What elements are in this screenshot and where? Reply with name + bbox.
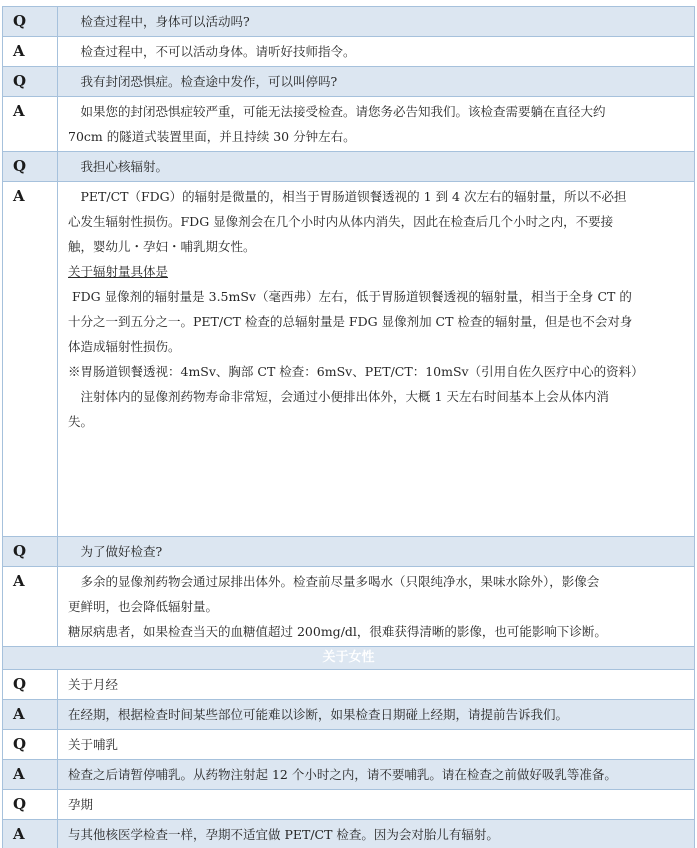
question-label: Q — [3, 7, 58, 37]
question-content: 我担心核辐射。 — [58, 152, 695, 182]
question-label: Q — [3, 67, 58, 97]
question-label: Q — [3, 790, 58, 820]
question-content: 检查过程中，身体可以活动吗? — [58, 7, 695, 37]
answer-label: A — [3, 37, 58, 67]
answer-content: 在经期，根据检查时间某些部位可能难以诊断，如果检查日期碰上经期，请提前告诉我们。 — [58, 700, 695, 730]
question-label: Q — [3, 537, 58, 567]
question-content: 关于哺乳 — [58, 730, 695, 760]
text-line: 我有封闭恐惧症。检查途中发作，可以叫停吗? — [68, 69, 686, 94]
text-line: ※胃肠道钡餐透视：4mSv、胸部 CT 检查：6mSv、PET/CT：10mSv… — [68, 359, 686, 384]
section-header-row: 关于女性 — [3, 647, 695, 670]
text-line: 我担心核辐射。 — [68, 154, 686, 179]
text-line: 检查过程中，不可以活动身体。请听好技师指令。 — [68, 39, 686, 64]
text-line: 孕期 — [68, 792, 686, 817]
answer-content: 如果您的封闭恐惧症较严重，可能无法接受检查。请您务必告知我们。该检查需要躺在直径… — [58, 97, 695, 152]
text-line: 注射体内的显像剂药物寿命非常短，会通过小便排出体外，大概 1 天左右时间基本上会… — [68, 384, 686, 409]
answer-label: A — [3, 700, 58, 730]
text-line: 如果您的封闭恐惧症较严重，可能无法接受检查。请您务必告知我们。该检查需要躺在直径… — [68, 99, 686, 124]
question-content: 我有封闭恐惧症。检查途中发作，可以叫停吗? — [58, 67, 695, 97]
answer-row: A与其他核医学检查一样，孕期不适宜做 PET/CT 检查。因为会对胎儿有辐射。 — [3, 820, 695, 848]
question-label: Q — [3, 670, 58, 700]
question-row: Q 我担心核辐射。 — [3, 152, 695, 182]
answer-content: 多余的显像剂药物会通过尿排出体外。检查前尽量多喝水（只限纯净水，果味水除外），影… — [58, 567, 695, 647]
question-content: 为了做好检查? — [58, 537, 695, 567]
faq-document: Q 检查过程中，身体可以活动吗?A 检查过程中，不可以活动身体。请听好技师指令。… — [0, 0, 697, 848]
answer-row: A 检查过程中，不可以活动身体。请听好技师指令。 — [3, 37, 695, 67]
text-line: 关于哺乳 — [68, 732, 686, 757]
answer-row: A 如果您的封闭恐惧症较严重，可能无法接受检查。请您务必告知我们。该检查需要躺在… — [3, 97, 695, 152]
question-content: 孕期 — [58, 790, 695, 820]
question-row: Q孕期 — [3, 790, 695, 820]
faq-table: Q 检查过程中，身体可以活动吗?A 检查过程中，不可以活动身体。请听好技师指令。… — [2, 6, 695, 848]
text-line: 更鲜明，也会降低辐射量。 — [68, 594, 686, 619]
question-row: Q关于哺乳 — [3, 730, 695, 760]
answer-content: 与其他核医学检查一样，孕期不适宜做 PET/CT 检查。因为会对胎儿有辐射。 — [58, 820, 695, 848]
answer-label: A — [3, 820, 58, 848]
question-label: Q — [3, 152, 58, 182]
text-line: 关于月经 — [68, 672, 686, 697]
text-line: 为了做好检查? — [68, 539, 686, 564]
text-line: 70cm 的隧道式装置里面，并且持续 30 分钟左右。 — [68, 124, 686, 149]
text-line: PET/CT（FDG）的辐射是微量的，相当于胃肠道钡餐透视的 1 到 4 次左右… — [68, 184, 686, 209]
text-line: 多余的显像剂药物会通过尿排出体外。检查前尽量多喝水（只限纯净水，果味水除外），影… — [68, 569, 686, 594]
text-line: 检查过程中，身体可以活动吗? — [68, 9, 686, 34]
text-line: 十分之一到五分之一。PET/CT 检查的总辐射量是 FDG 显像剂加 CT 检查… — [68, 309, 686, 334]
text-line: 糖尿病患者，如果检查当天的血糖值超过 200mg/dl，很难获得清晰的影像，也可… — [68, 619, 686, 644]
text-line — [68, 434, 686, 459]
text-line — [68, 484, 686, 509]
text-line — [68, 509, 686, 534]
text-line: 体造成辐射性损伤。 — [68, 334, 686, 359]
answer-content: 检查之后请暂停哺乳。从药物注射起 12 个小时之内，请不要哺乳。请在检查之前做好… — [58, 760, 695, 790]
text-line: 失。 — [68, 409, 686, 434]
answer-content: PET/CT（FDG）的辐射是微量的，相当于胃肠道钡餐透视的 1 到 4 次左右… — [58, 182, 695, 537]
text-line: 心发生辐射性损伤。FDG 显像剂会在几个小时内从体内消失，因此在检查后几个小时之… — [68, 209, 686, 234]
section-header-title: 关于女性 — [3, 647, 695, 670]
text-line: 触，婴幼儿・孕妇・哺乳期女性。 — [68, 234, 686, 259]
text-line: 在经期，根据检查时间某些部位可能难以诊断，如果检查日期碰上经期，请提前告诉我们。 — [68, 702, 686, 727]
answer-label: A — [3, 182, 58, 537]
text-line: 与其他核医学检查一样，孕期不适宜做 PET/CT 检查。因为会对胎儿有辐射。 — [68, 822, 686, 847]
answer-row: A PET/CT（FDG）的辐射是微量的，相当于胃肠道钡餐透视的 1 到 4 次… — [3, 182, 695, 537]
text-line: 关于辐射量具体是 — [68, 259, 686, 284]
faq-table-body: Q 检查过程中，身体可以活动吗?A 检查过程中，不可以活动身体。请听好技师指令。… — [3, 7, 695, 848]
question-row: Q 我有封闭恐惧症。检查途中发作，可以叫停吗? — [3, 67, 695, 97]
answer-content: 检查过程中，不可以活动身体。请听好技师指令。 — [58, 37, 695, 67]
question-content: 关于月经 — [58, 670, 695, 700]
question-row: Q 检查过程中，身体可以活动吗? — [3, 7, 695, 37]
answer-row: A在经期，根据检查时间某些部位可能难以诊断，如果检查日期碰上经期，请提前告诉我们… — [3, 700, 695, 730]
question-label: Q — [3, 730, 58, 760]
question-row: Q关于月经 — [3, 670, 695, 700]
answer-label: A — [3, 567, 58, 647]
answer-label: A — [3, 97, 58, 152]
answer-label: A — [3, 760, 58, 790]
answer-row: A 多余的显像剂药物会通过尿排出体外。检查前尽量多喝水（只限纯净水，果味水除外）… — [3, 567, 695, 647]
text-line: FDG 显像剂的辐射量是 3.5mSv（毫西弗）左右，低于胃肠道钡餐透视的辐射量… — [68, 284, 686, 309]
text-line: 检查之后请暂停哺乳。从药物注射起 12 个小时之内，请不要哺乳。请在检查之前做好… — [68, 762, 686, 787]
question-row: Q 为了做好检查? — [3, 537, 695, 567]
faq-table-container: Q 检查过程中，身体可以活动吗?A 检查过程中，不可以活动身体。请听好技师指令。… — [2, 6, 695, 848]
text-line — [68, 459, 686, 484]
answer-row: A检查之后请暂停哺乳。从药物注射起 12 个小时之内，请不要哺乳。请在检查之前做… — [3, 760, 695, 790]
